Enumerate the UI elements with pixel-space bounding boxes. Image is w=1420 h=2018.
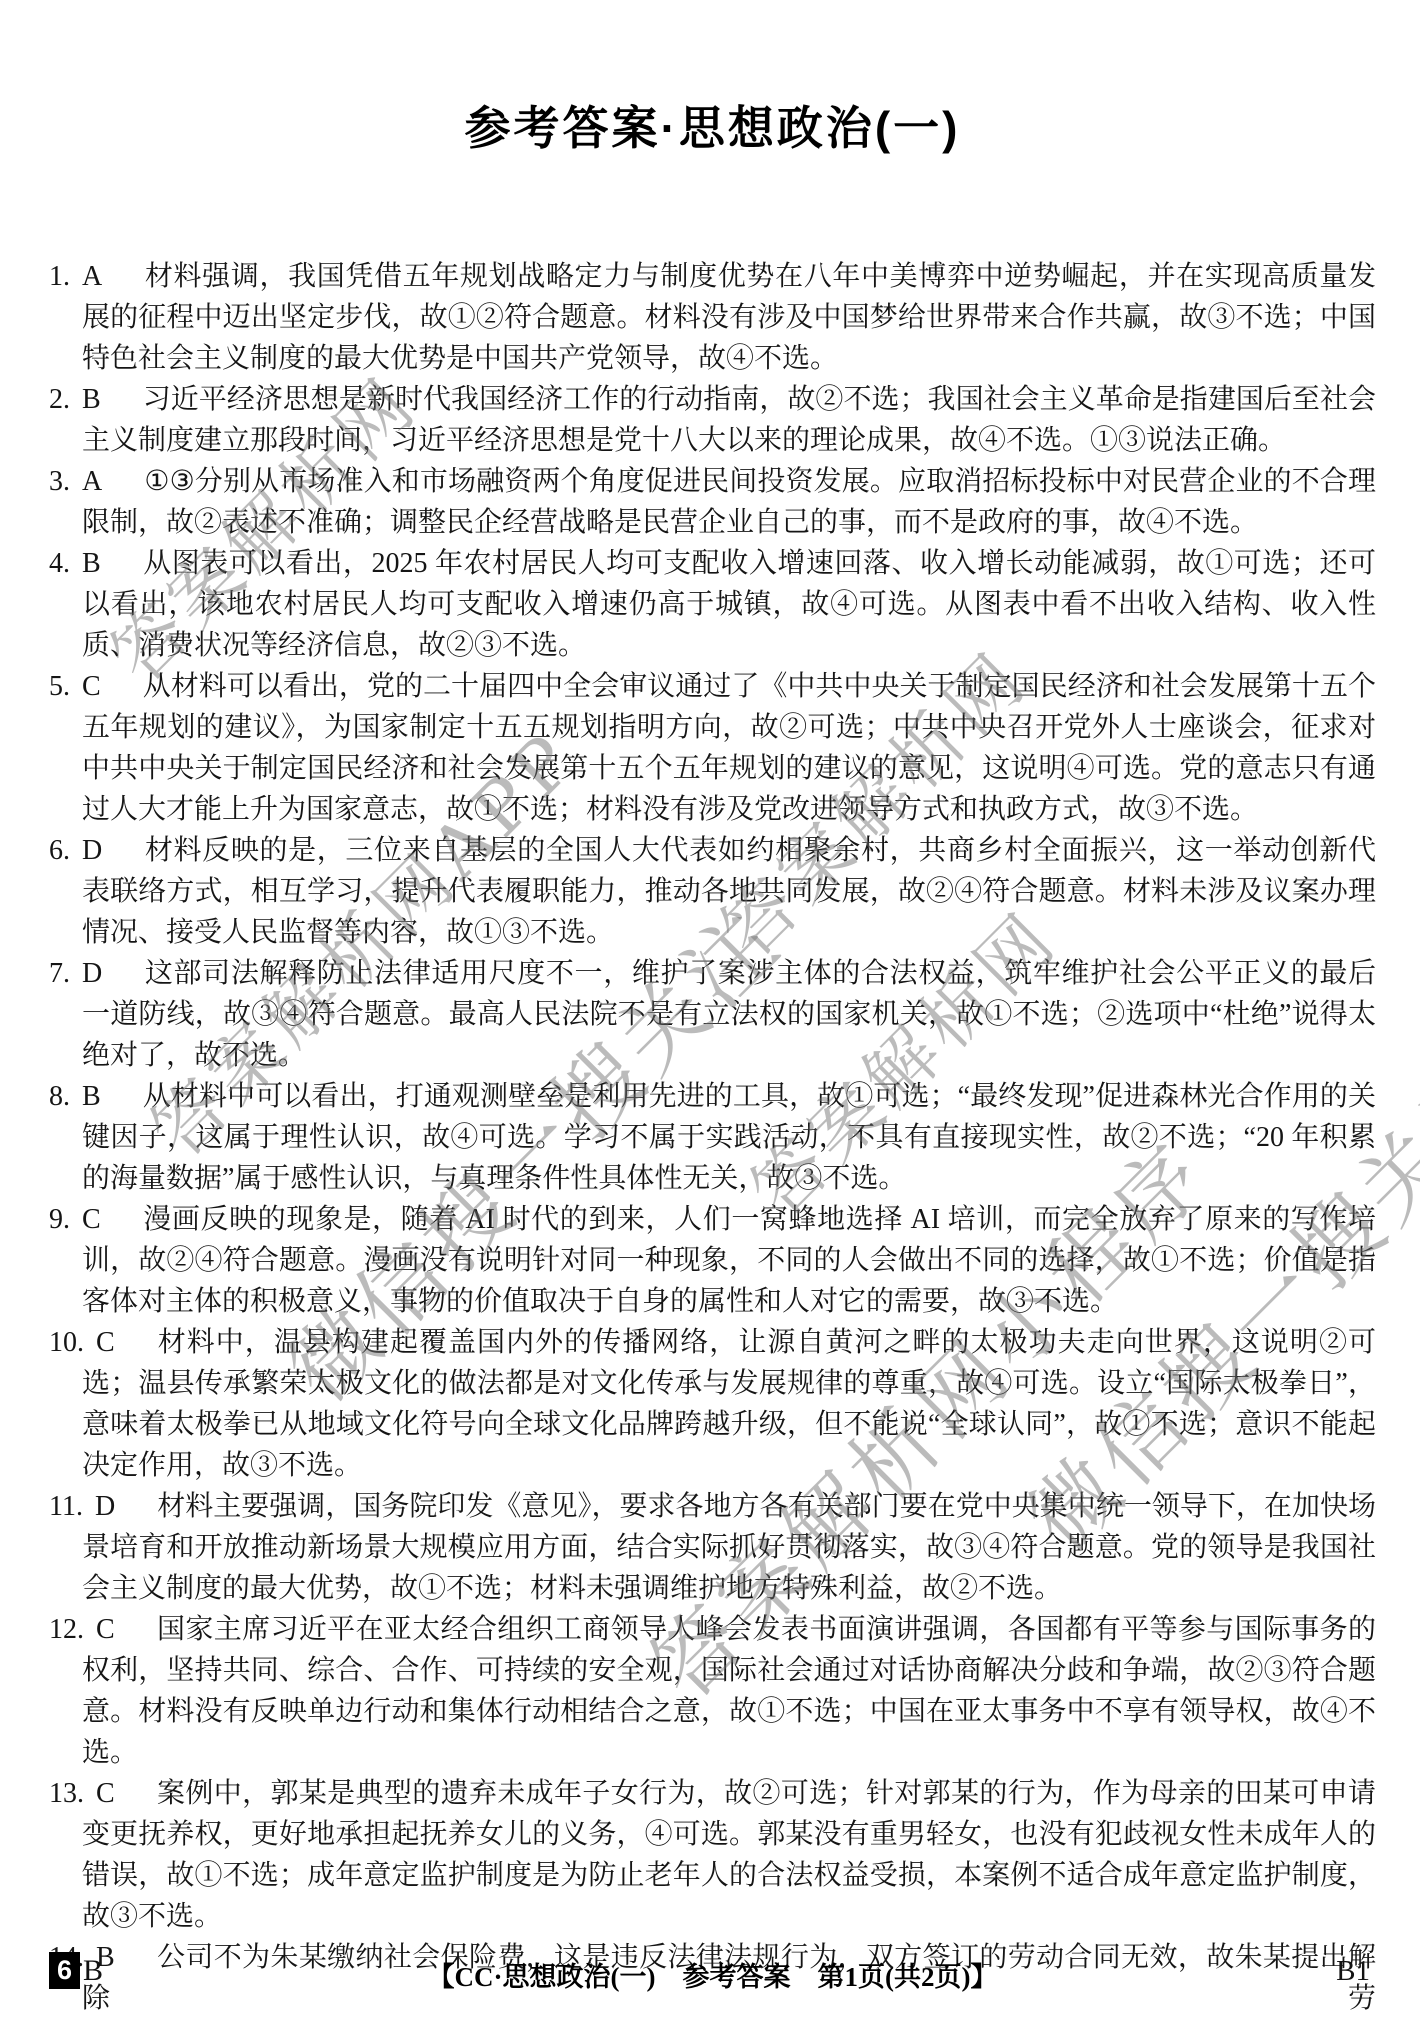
answer-letter: C <box>96 1778 115 1809</box>
answer-number: 1. <box>49 261 70 292</box>
answer-text: 材料主要强调，国务院印发《意见》，要求各地方各有关部门要在党中央集中统一领导下，… <box>82 1491 1376 1604</box>
answer-item: 2.B习近平经济思想是新时代我国经济工作的行动指南，故②不选；我国社会主义革命是… <box>49 379 1376 461</box>
answer-item: 9.C漫画反映的现象是，随着 AI 时代的到来，人们一窝蜂地选择 AI 培训，而… <box>49 1199 1376 1322</box>
answer-text: 从材料可以看出，党的二十届四中全会审议通过了《中共中央关于制定国民经济和社会发展… <box>82 671 1376 825</box>
answer-number: 5. <box>49 671 70 702</box>
page-footer: 6B 【CC·思想政治(一) 参考答案 第1页(共2页)】 B1 <box>49 1952 1376 1998</box>
answer-letter: C <box>82 1204 101 1235</box>
answer-item: 12.C国家主席习近平在亚太经合组织工商领导人峰会发表书面演讲强调，各国都有平等… <box>49 1609 1376 1773</box>
answer-number: 10. <box>49 1327 84 1358</box>
answer-text: 从材料中可以看出，打通观测壁垒是利用先进的工具，故①可选；“最终发现”促进森林光… <box>82 1081 1376 1194</box>
edition-letter: B <box>83 1954 103 1987</box>
answer-item: 7.D这部司法解释防止法律适用尺度不一，维护了案涉主体的合法权益，筑牢维护社会公… <box>49 953 1376 1076</box>
answer-list: 1.A材料强调，我国凭借五年规划战略定力与制度优势在八年中美博弈中逆势崛起，并在… <box>49 256 1376 2018</box>
answer-letter: B <box>82 548 101 579</box>
answer-item: 11.D材料主要强调，国务院印发《意见》，要求各地方各有关部门要在党中央集中统一… <box>49 1486 1376 1609</box>
answer-number: 8. <box>49 1081 70 1112</box>
answer-letter: C <box>96 1614 115 1645</box>
answer-text: 习近平经济思想是新时代我国经济工作的行动指南，故②不选；我国社会主义革命是指建国… <box>82 384 1376 456</box>
answer-letter: B <box>82 384 101 415</box>
page-title: 参考答案·思想政治(一) <box>49 92 1376 158</box>
answer-letter: C <box>96 1327 115 1358</box>
answer-letter: C <box>82 671 101 702</box>
answer-text: 国家主席习近平在亚太经合组织工商领导人峰会发表书面演讲强调，各国都有平等参与国际… <box>82 1614 1376 1768</box>
answer-text: 案例中，郭某是典型的遗弃未成年子女行为，故②可选；针对郭某的行为，作为母亲的田某… <box>82 1778 1376 1932</box>
answer-item: 10.C材料中，温县构建起覆盖国内外的传播网络，让源自黄河之畔的太极功夫走向世界… <box>49 1322 1376 1486</box>
answer-number: 7. <box>49 958 70 989</box>
answer-text: 这部司法解释防止法律适用尺度不一，维护了案涉主体的合法权益，筑牢维护社会公平正义… <box>82 958 1376 1071</box>
answer-text: 材料强调，我国凭借五年规划战略定力与制度优势在八年中美博弈中逆势崛起，并在实现高… <box>82 261 1376 374</box>
answer-number: 11. <box>49 1491 83 1522</box>
answer-number: 6. <box>49 835 70 866</box>
answer-number: 9. <box>49 1204 70 1235</box>
answer-text: 从图表可以看出，2025 年农村居民人均可支配收入增速回落、收入增长动能减弱，故… <box>82 548 1376 661</box>
answer-text: 材料反映的是，三位来自基层的全国人大代表如约相聚余村，共商乡村全面振兴，这一举动… <box>82 835 1376 948</box>
answer-item: 3.A①③分别从市场准入和市场融资两个角度促进民间投资发展。应取消招标投标中对民… <box>49 461 1376 543</box>
answer-text: 漫画反映的现象是，随着 AI 时代的到来，人们一窝蜂地选择 AI 培训，而完全放… <box>82 1204 1376 1317</box>
answer-number: 4. <box>49 548 70 579</box>
answer-item: 6.D材料反映的是，三位来自基层的全国人大代表如约相聚余村，共商乡村全面振兴，这… <box>49 830 1376 953</box>
answer-letter: D <box>95 1491 115 1522</box>
answer-number: 12. <box>49 1614 84 1645</box>
footer-caption: 【CC·思想政治(一) 参考答案 第1页(共2页)】 <box>428 1955 998 1994</box>
answer-letter: A <box>82 466 102 497</box>
answer-letter: D <box>82 835 102 866</box>
answer-item: 8.B从材料中可以看出，打通观测壁垒是利用先进的工具，故①可选；“最终发现”促进… <box>49 1076 1376 1199</box>
answer-item: 5.C从材料可以看出，党的二十届四中全会审议通过了《中共中央关于制定国民经济和社… <box>49 666 1376 830</box>
answer-item: 13.C案例中，郭某是典型的遗弃未成年子女行为，故②可选；针对郭某的行为，作为母… <box>49 1773 1376 1937</box>
edition-number-badge: 6 <box>49 1952 80 1989</box>
page-content: 参考答案·思想政治(一) 1.A材料强调，我国凭借五年规划战略定力与制度优势在八… <box>49 0 1376 2018</box>
footer-code: B1 <box>1336 1955 1370 1988</box>
answer-key-page: 参考答案·思想政治(一) 1.A材料强调，我国凭借五年规划战略定力与制度优势在八… <box>0 0 1420 2018</box>
answer-number: 13. <box>49 1778 84 1809</box>
answer-item: 1.A材料强调，我国凭借五年规划战略定力与制度优势在八年中美博弈中逆势崛起，并在… <box>49 256 1376 379</box>
answer-number: 2. <box>49 384 70 415</box>
answer-text: 材料中，温县构建起覆盖国内外的传播网络，让源自黄河之畔的太极功夫走向世界，这说明… <box>82 1327 1376 1481</box>
answer-text: ①③分别从市场准入和市场融资两个角度促进民间投资发展。应取消招标投标中对民营企业… <box>82 466 1376 538</box>
footer-edition: 6B <box>49 1952 103 1989</box>
answer-number: 3. <box>49 466 70 497</box>
answer-letter: B <box>82 1081 101 1112</box>
answer-letter: A <box>82 261 102 292</box>
answer-letter: D <box>82 958 102 989</box>
answer-item: 4.B从图表可以看出，2025 年农村居民人均可支配收入增速回落、收入增长动能减… <box>49 543 1376 666</box>
